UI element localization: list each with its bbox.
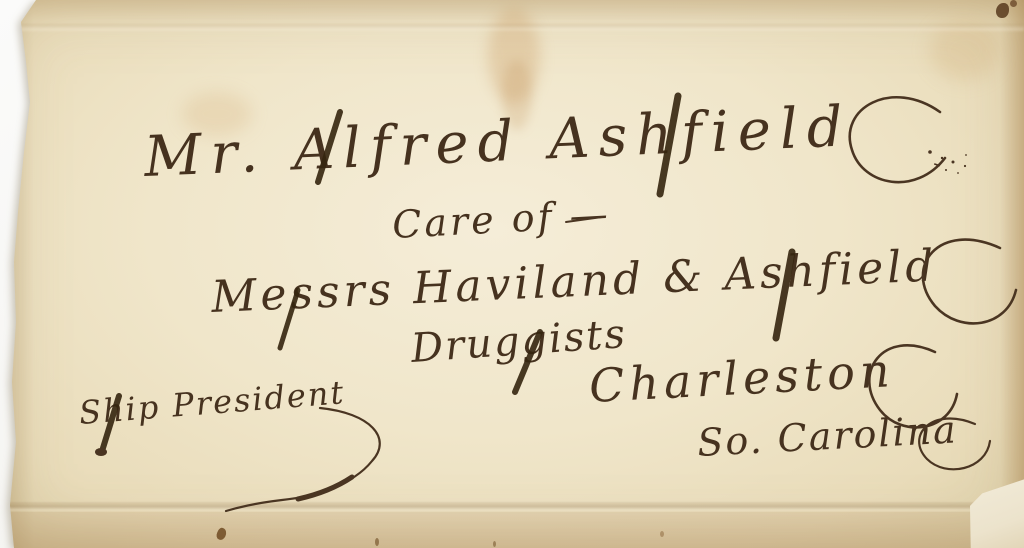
flourish-ship-president-thick xyxy=(298,477,352,499)
address-line-1: Mr. Alfred Ashfield xyxy=(142,94,853,190)
ink-blob-ship xyxy=(95,448,107,456)
letter-paper: Mr. Alfred Ashfield Care of — Messrs Hav… xyxy=(0,0,1024,548)
address-line-5: Charleston xyxy=(588,343,896,413)
flourish-line1 xyxy=(850,97,945,182)
handwriting-layer: Mr. Alfred Ashfield Care of — Messrs Hav… xyxy=(0,0,1024,548)
paper-shadow-wrap: Mr. Alfred Ashfield Care of — Messrs Hav… xyxy=(0,0,1024,548)
photo-background: Mr. Alfred Ashfield Care of — Messrs Hav… xyxy=(0,0,1024,548)
address-line-3: Messrs Haviland & Ashfield xyxy=(209,240,938,323)
